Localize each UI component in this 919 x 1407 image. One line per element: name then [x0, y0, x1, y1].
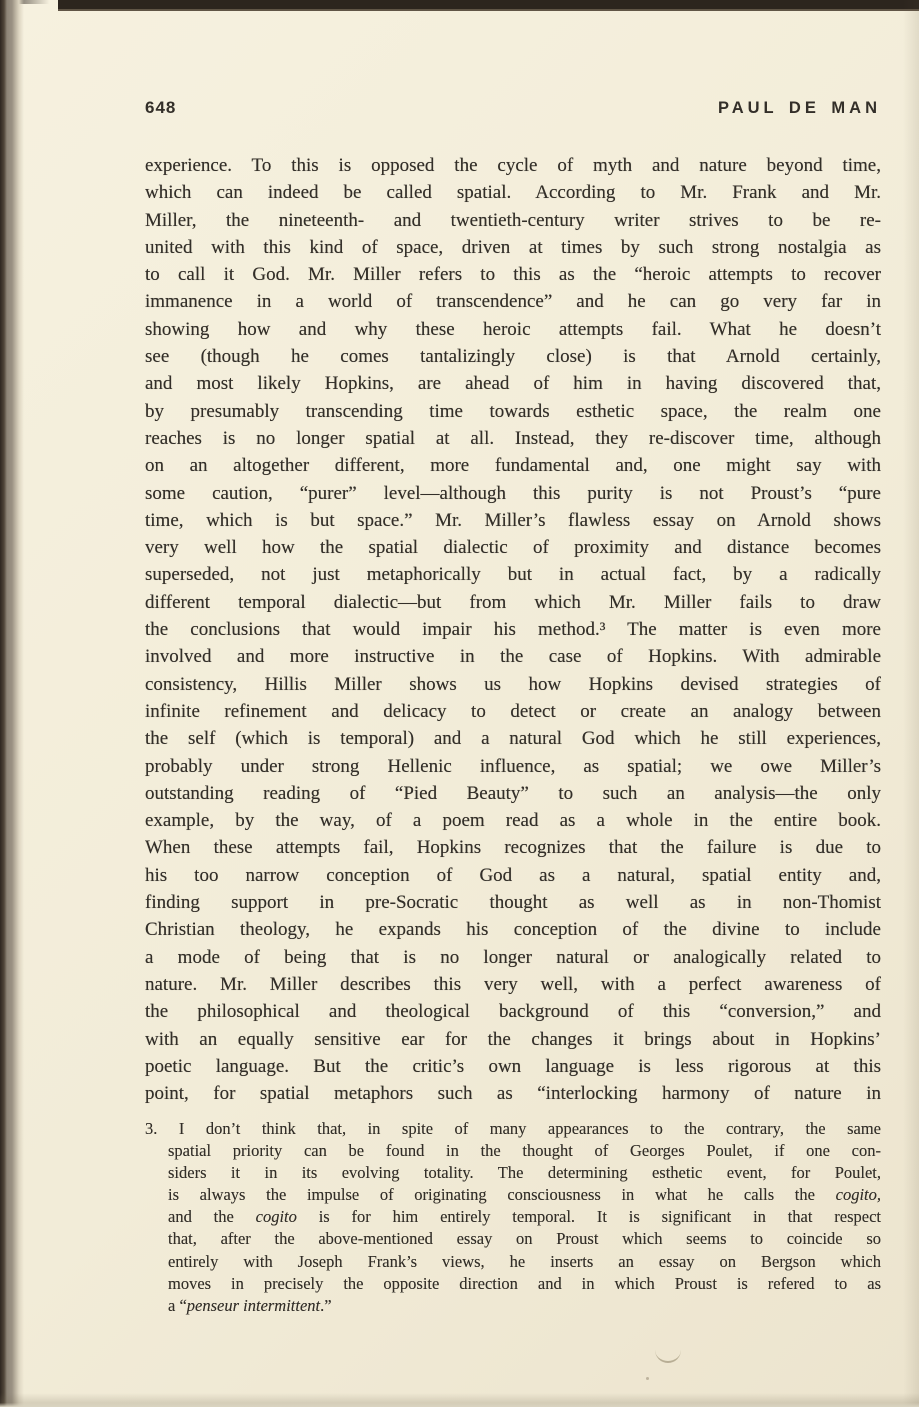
page-header: 648 PAUL DE MAN [145, 98, 881, 118]
footnote: 3. I don’t think that, in spite of many … [145, 1118, 881, 1317]
footnote-line: and the cogito is for him entirely tempo… [145, 1206, 881, 1228]
pencil-dot [646, 1377, 649, 1380]
body-line: experience. To this is opposed the cycle… [145, 152, 881, 179]
body-line: see (though he comes tantalizingly close… [145, 343, 881, 370]
book-page-scan: 648 PAUL DE MAN experience. To this is o… [0, 0, 919, 1407]
pencil-mark [655, 1350, 681, 1363]
body-line: by presumably transcending time towards … [145, 398, 881, 425]
body-line: nature. Mr. Miller describes this very w… [145, 971, 881, 998]
body-line: showing how and why these heroic attempt… [145, 316, 881, 343]
book-top-edge [58, 0, 919, 11]
body-line: united with this kind of space, driven a… [145, 234, 881, 261]
running-header-author: PAUL DE MAN [718, 99, 881, 118]
body-line: some caution, “purer” level—although thi… [145, 480, 881, 507]
book-binding-gutter [0, 0, 24, 1407]
body-line: the philosophical and theological backgr… [145, 998, 881, 1025]
body-line: and most likely Hopkins, are ahead of hi… [145, 370, 881, 397]
page-right-edge-shade [903, 0, 919, 1407]
body-line: with an equally sensitive ear for the ch… [145, 1026, 881, 1053]
body-line: different temporal dialectic—but from wh… [145, 589, 881, 616]
footnote-line: spatial priority can be found in the tho… [145, 1140, 881, 1162]
body-line: Christian theology, he expands his conce… [145, 916, 881, 943]
body-line: the self (which is temporal) and a natur… [145, 725, 881, 752]
footnote-line: entirely with Joseph Frank’s views, he i… [145, 1251, 881, 1273]
body-line: immanence in a world of transcendence” a… [145, 288, 881, 315]
body-line: example, by the way, of a poem read as a… [145, 807, 881, 834]
body-line: poetic language. But the critic’s own la… [145, 1053, 881, 1080]
footnote-line: 3. I don’t think that, in spite of many … [145, 1118, 881, 1140]
body-line: Miller, the nineteenth- and twentieth-ce… [145, 207, 881, 234]
body-line: reaches is no longer spatial at all. Ins… [145, 425, 881, 452]
body-line: his too narrow conception of God as a na… [145, 862, 881, 889]
body-line: which can indeed be called spatial. Acco… [145, 179, 881, 206]
body-line: finding support in pre-Socratic thought … [145, 889, 881, 916]
body-line: point, for spatial metaphors such as “in… [145, 1080, 881, 1107]
body-line: consistency, Hillis Miller shows us how … [145, 671, 881, 698]
body-line: on an altogether different, more fundame… [145, 452, 881, 479]
body-line: very well how the spatial dialectic of p… [145, 534, 881, 561]
body-line: a mode of being that is no longer natura… [145, 944, 881, 971]
footnote-line: siders it in its evolving totality. The … [145, 1162, 881, 1184]
footnote-line: that, after the above-mentioned essay on… [145, 1228, 881, 1250]
footnote-line: is always the impulse of originating con… [145, 1184, 881, 1206]
body-line: the conclusions that would impair his me… [145, 616, 881, 643]
body-line: outstanding reading of “Pied Beauty” to … [145, 780, 881, 807]
body-text: experience. To this is opposed the cycle… [145, 152, 881, 1107]
body-line: superseded, not just metaphorically but … [145, 561, 881, 588]
footnote-line: a “penseur intermittent.” [145, 1295, 881, 1317]
body-line: to call it God. Mr. Miller refers to thi… [145, 261, 881, 288]
body-line: probably under strong Hellenic influence… [145, 753, 881, 780]
footnote-line: moves in precisely the opposite directio… [145, 1273, 881, 1295]
page-bottom-edge-shade [0, 1393, 919, 1407]
body-line: involved and more instructive in the cas… [145, 643, 881, 670]
page-number: 648 [145, 98, 176, 118]
body-line: infinite refinement and delicacy to dete… [145, 698, 881, 725]
body-line: When these attempts fail, Hopkins recogn… [145, 834, 881, 861]
body-line: time, which is but space.” Mr. Miller’s … [145, 507, 881, 534]
